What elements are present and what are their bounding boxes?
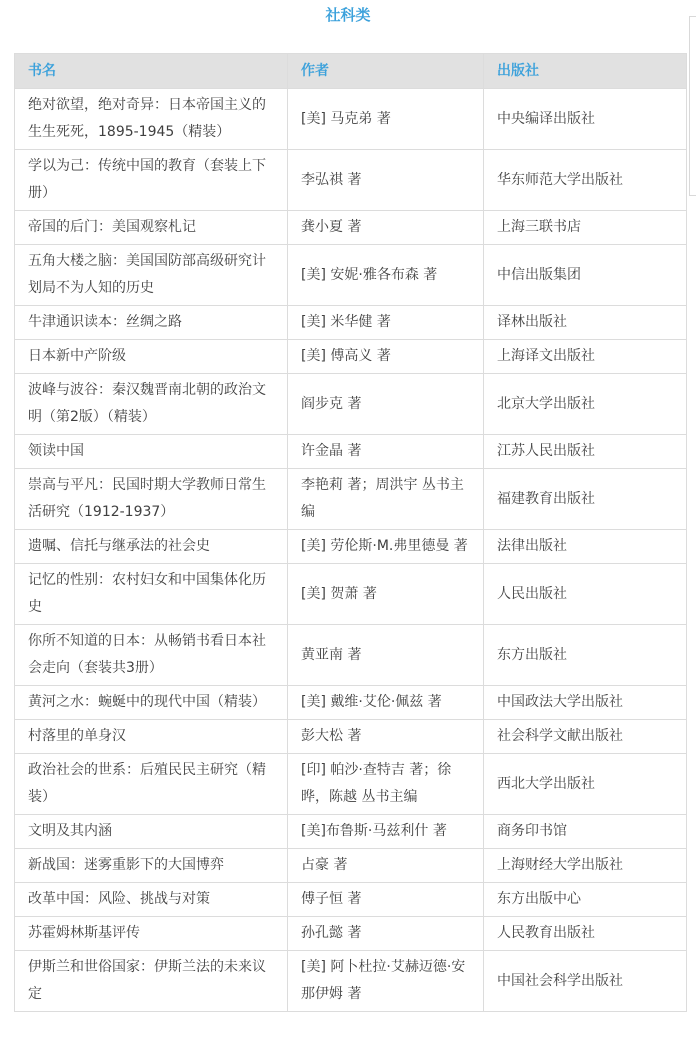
publisher-cell: 中央编译出版社 — [484, 89, 687, 150]
publisher-cell: 上海三联书店 — [484, 211, 687, 245]
book-title-cell: 崇高与平凡：民国时期大学教师日常生活研究（1912-1937） — [15, 469, 288, 530]
table-row: 波峰与波谷：秦汉魏晋南北朝的政治文明（第2版）（精装） 阎步克 著 北京大学出版… — [15, 374, 687, 435]
book-title-cell: 你所不知道的日本：从畅销书看日本社会走向（套装共3册） — [15, 625, 288, 686]
book-title-cell: 波峰与波谷：秦汉魏晋南北朝的政治文明（第2版）（精装） — [15, 374, 288, 435]
publisher-cell: 中信出版集团 — [484, 245, 687, 306]
author-cell: [美] 安妮·雅各布森 著 — [288, 245, 484, 306]
book-title-cell: 日本新中产阶级 — [15, 340, 288, 374]
publisher-cell: 北京大学出版社 — [484, 374, 687, 435]
book-title-cell: 牛津通识读本：丝绸之路 — [15, 306, 288, 340]
table-row: 崇高与平凡：民国时期大学教师日常生活研究（1912-1937） 李艳莉 著；周洪… — [15, 469, 687, 530]
publisher-cell: 江苏人民出版社 — [484, 435, 687, 469]
table-row: 文明及其内涵 [美]布鲁斯·马兹利什 著 商务印书馆 — [15, 815, 687, 849]
author-cell: 黄亚南 著 — [288, 625, 484, 686]
book-title-cell: 改革中国：风险、挑战与对策 — [15, 883, 288, 917]
page-title: 社科类 — [0, 0, 696, 24]
table-row: 帝国的后门：美国观察札记 龚小夏 著 上海三联书店 — [15, 211, 687, 245]
publisher-cell: 上海译文出版社 — [484, 340, 687, 374]
publisher-cell: 译林出版社 — [484, 306, 687, 340]
publisher-cell: 中国社会科学出版社 — [484, 951, 687, 1012]
author-cell: [美]布鲁斯·马兹利什 著 — [288, 815, 484, 849]
book-title-cell: 村落里的单身汉 — [15, 720, 288, 754]
table-row: 新战国：迷雾重影下的大国博弈 占豪 著 上海财经大学出版社 — [15, 849, 687, 883]
table-row: 五角大楼之脑：美国国防部高级研究计划局不为人知的历史 [美] 安妮·雅各布森 著… — [15, 245, 687, 306]
publisher-cell: 中国政法大学出版社 — [484, 686, 687, 720]
book-title-cell: 领读中国 — [15, 435, 288, 469]
table-row: 绝对欲望，绝对奇异：日本帝国主义的生生死死，1895-1945（精装） [美] … — [15, 89, 687, 150]
publisher-cell: 福建教育出版社 — [484, 469, 687, 530]
table-row: 学以为己：传统中国的教育（套装上下册） 李弘祺 著 华东师范大学出版社 — [15, 150, 687, 211]
table-header: 书名 作者 出版社 — [15, 54, 687, 89]
table-row: 记忆的性别：农村妇女和中国集体化历史 [美] 贺萧 著 人民出版社 — [15, 564, 687, 625]
author-cell: [美] 戴维·艾伦·佩兹 著 — [288, 686, 484, 720]
book-title-cell: 文明及其内涵 — [15, 815, 288, 849]
book-title-cell: 苏霍姆林斯基评传 — [15, 917, 288, 951]
book-title-cell: 新战国：迷雾重影下的大国博弈 — [15, 849, 288, 883]
book-title-cell: 五角大楼之脑：美国国防部高级研究计划局不为人知的历史 — [15, 245, 288, 306]
author-cell: 孙孔懿 著 — [288, 917, 484, 951]
publisher-cell: 商务印书馆 — [484, 815, 687, 849]
table-row: 遗嘱、信托与继承法的社会史 [美] 劳伦斯·M.弗里德曼 著 法律出版社 — [15, 530, 687, 564]
column-header-title: 书名 — [15, 54, 288, 89]
author-cell: [印] 帕沙·查特吉 著；徐晔，陈越 丛书主编 — [288, 754, 484, 815]
book-title-cell: 政治社会的世系：后殖民民主研究（精装） — [15, 754, 288, 815]
table-row: 政治社会的世系：后殖民民主研究（精装） [印] 帕沙·查特吉 著；徐晔，陈越 丛… — [15, 754, 687, 815]
author-cell: [美] 贺萧 著 — [288, 564, 484, 625]
author-cell: 傅子恒 著 — [288, 883, 484, 917]
column-header-publisher: 出版社 — [484, 54, 687, 89]
author-cell: [美] 米华健 著 — [288, 306, 484, 340]
author-cell: 李艳莉 著；周洪宇 丛书主编 — [288, 469, 484, 530]
table-row: 伊斯兰和世俗国家：伊斯兰法的未来议定 [美] 阿卜杜拉·艾赫迈德·安那伊姆 著 … — [15, 951, 687, 1012]
book-title-cell: 绝对欲望，绝对奇异：日本帝国主义的生生死死，1895-1945（精装） — [15, 89, 288, 150]
table-row: 你所不知道的日本：从畅销书看日本社会走向（套装共3册） 黄亚南 著 东方出版社 — [15, 625, 687, 686]
author-cell: [美] 马克弟 著 — [288, 89, 484, 150]
table-row: 牛津通识读本：丝绸之路 [美] 米华健 著 译林出版社 — [15, 306, 687, 340]
table-row: 黄河之水：蜿蜒中的现代中国（精装） [美] 戴维·艾伦·佩兹 著 中国政法大学出… — [15, 686, 687, 720]
author-cell: 龚小夏 著 — [288, 211, 484, 245]
book-title-cell: 遗嘱、信托与继承法的社会史 — [15, 530, 288, 564]
author-cell: [美] 劳伦斯·M.弗里德曼 著 — [288, 530, 484, 564]
right-edge-panel-border — [689, 16, 696, 196]
publisher-cell: 华东师范大学出版社 — [484, 150, 687, 211]
publisher-cell: 人民出版社 — [484, 564, 687, 625]
column-header-author: 作者 — [288, 54, 484, 89]
author-cell: 占豪 著 — [288, 849, 484, 883]
table-row: 改革中国：风险、挑战与对策 傅子恒 著 东方出版中心 — [15, 883, 687, 917]
publisher-cell: 东方出版社 — [484, 625, 687, 686]
author-cell: 许金晶 著 — [288, 435, 484, 469]
publisher-cell: 社会科学文献出版社 — [484, 720, 687, 754]
book-list-table: 书名 作者 出版社 绝对欲望，绝对奇异：日本帝国主义的生生死死，1895-194… — [14, 53, 687, 1012]
publisher-cell: 西北大学出版社 — [484, 754, 687, 815]
book-title-cell: 伊斯兰和世俗国家：伊斯兰法的未来议定 — [15, 951, 288, 1012]
publisher-cell: 人民教育出版社 — [484, 917, 687, 951]
table-row: 村落里的单身汉 彭大松 著 社会科学文献出版社 — [15, 720, 687, 754]
book-title-cell: 黄河之水：蜿蜒中的现代中国（精装） — [15, 686, 288, 720]
author-cell: 彭大松 著 — [288, 720, 484, 754]
table-header-row: 书名 作者 出版社 — [15, 54, 687, 89]
publisher-cell: 法律出版社 — [484, 530, 687, 564]
publisher-cell: 东方出版中心 — [484, 883, 687, 917]
table-row: 领读中国 许金晶 著 江苏人民出版社 — [15, 435, 687, 469]
publisher-cell: 上海财经大学出版社 — [484, 849, 687, 883]
book-title-cell: 记忆的性别：农村妇女和中国集体化历史 — [15, 564, 288, 625]
book-title-cell: 学以为己：传统中国的教育（套装上下册） — [15, 150, 288, 211]
book-title-cell: 帝国的后门：美国观察札记 — [15, 211, 288, 245]
table-row: 苏霍姆林斯基评传 孙孔懿 著 人民教育出版社 — [15, 917, 687, 951]
author-cell: 阎步克 著 — [288, 374, 484, 435]
table-body: 绝对欲望，绝对奇异：日本帝国主义的生生死死，1895-1945（精装） [美] … — [15, 89, 687, 1012]
author-cell: [美] 傅高义 著 — [288, 340, 484, 374]
table-row: 日本新中产阶级 [美] 傅高义 著 上海译文出版社 — [15, 340, 687, 374]
author-cell: 李弘祺 著 — [288, 150, 484, 211]
author-cell: [美] 阿卜杜拉·艾赫迈德·安那伊姆 著 — [288, 951, 484, 1012]
